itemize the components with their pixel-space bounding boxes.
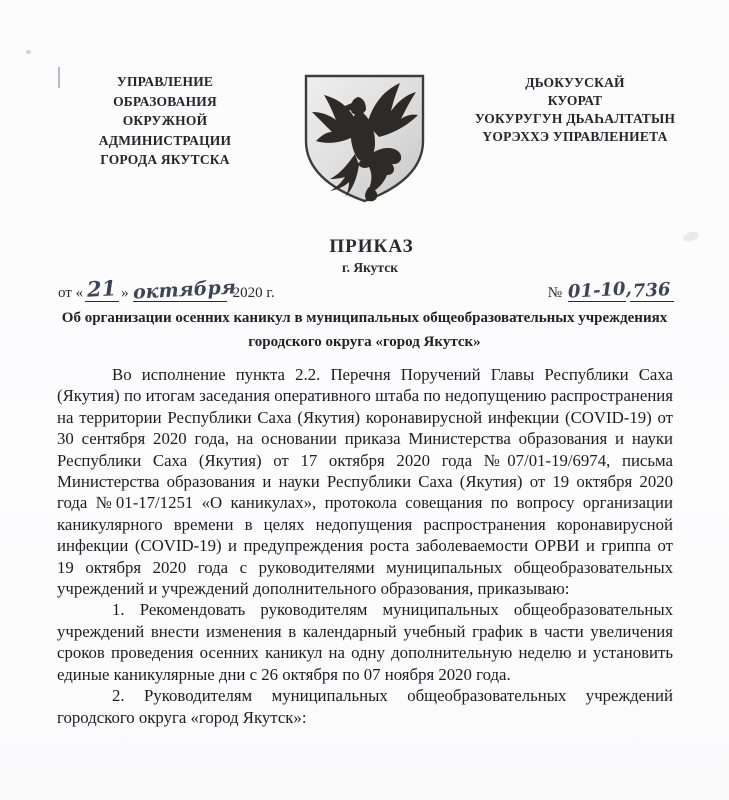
org-name-yakut: ДЬОКУУСКАЙ КУОРАТ УОКУРУГУН ДЬАҺАЛТАТЫН … (436, 74, 714, 146)
subject-line: городского округа «город Якутск» (44, 330, 685, 354)
handwritten-number-2: 736 (633, 281, 671, 301)
handwritten-month: октября (132, 278, 236, 302)
org-right-line: КУОРАТ (436, 92, 714, 110)
document-type-title: ПРИКАЗ (0, 236, 729, 258)
number-line: № 01-10, 736 (548, 281, 674, 302)
date-year: 2020 г. (233, 285, 275, 302)
org-left-line: ОБРАЗОВАНИЯ (56, 92, 274, 112)
handwritten-number-1: 01-10, (568, 280, 633, 301)
org-left-line: ОКРУЖНОЙ (56, 111, 274, 131)
org-left-line: АДМИНИСТРАЦИИ (56, 131, 274, 151)
date-day-blank: 21 (85, 278, 119, 302)
org-left-line: УПРАВЛЕНИЕ (56, 72, 274, 92)
preamble-paragraph: Во исполнение пункта 2.2. Перечня Поруче… (57, 364, 673, 599)
org-right-line: УОКУРУГУН ДЬАҺАЛТАТЫН (436, 110, 714, 128)
handwritten-day: 21 (87, 277, 117, 300)
order-item-2: 2. Руководителям муниципальных общеобраз… (57, 685, 673, 728)
date-close-quote: » (121, 285, 129, 302)
requisites-row: от « 21 » октября 2020 г. № 01-10, 736 (58, 278, 674, 302)
date-prefix: от « (58, 285, 83, 302)
yakutsk-coat-of-arms-emblem (299, 70, 430, 207)
order-body: Во исполнение пункта 2.2. Перечня Поруче… (57, 364, 673, 728)
org-right-line: ДЬОКУУСКАЙ (436, 74, 714, 92)
order-subject: Об организации осенних каникул в муницип… (44, 306, 685, 354)
org-right-line: ҮОРЭХХЭ УПРАВЛЕНИЕТА (436, 128, 714, 146)
scan-artifact-dot (26, 50, 31, 54)
date-line: от « 21 » октября 2020 г. (58, 278, 275, 302)
number-blank-1: 01-10, (568, 281, 626, 302)
org-name-russian: УПРАВЛЕНИЕ ОБРАЗОВАНИЯ ОКРУЖНОЙ АДМИНИСТ… (56, 72, 274, 170)
document-place: г. Якутск (0, 260, 729, 276)
org-left-line: ГОРОДА ЯКУТСКА (56, 150, 274, 170)
date-month-blank: октября (133, 281, 227, 302)
number-label: № (548, 285, 562, 302)
order-item-1: 1. Рекомендовать руководителям муниципал… (57, 599, 673, 685)
subject-line: Об организации осенних каникул в муницип… (44, 306, 685, 330)
scanned-order-document: УПРАВЛЕНИЕ ОБРАЗОВАНИЯ ОКРУЖНОЙ АДМИНИСТ… (0, 0, 729, 800)
number-blank-2: 736 (630, 281, 674, 302)
